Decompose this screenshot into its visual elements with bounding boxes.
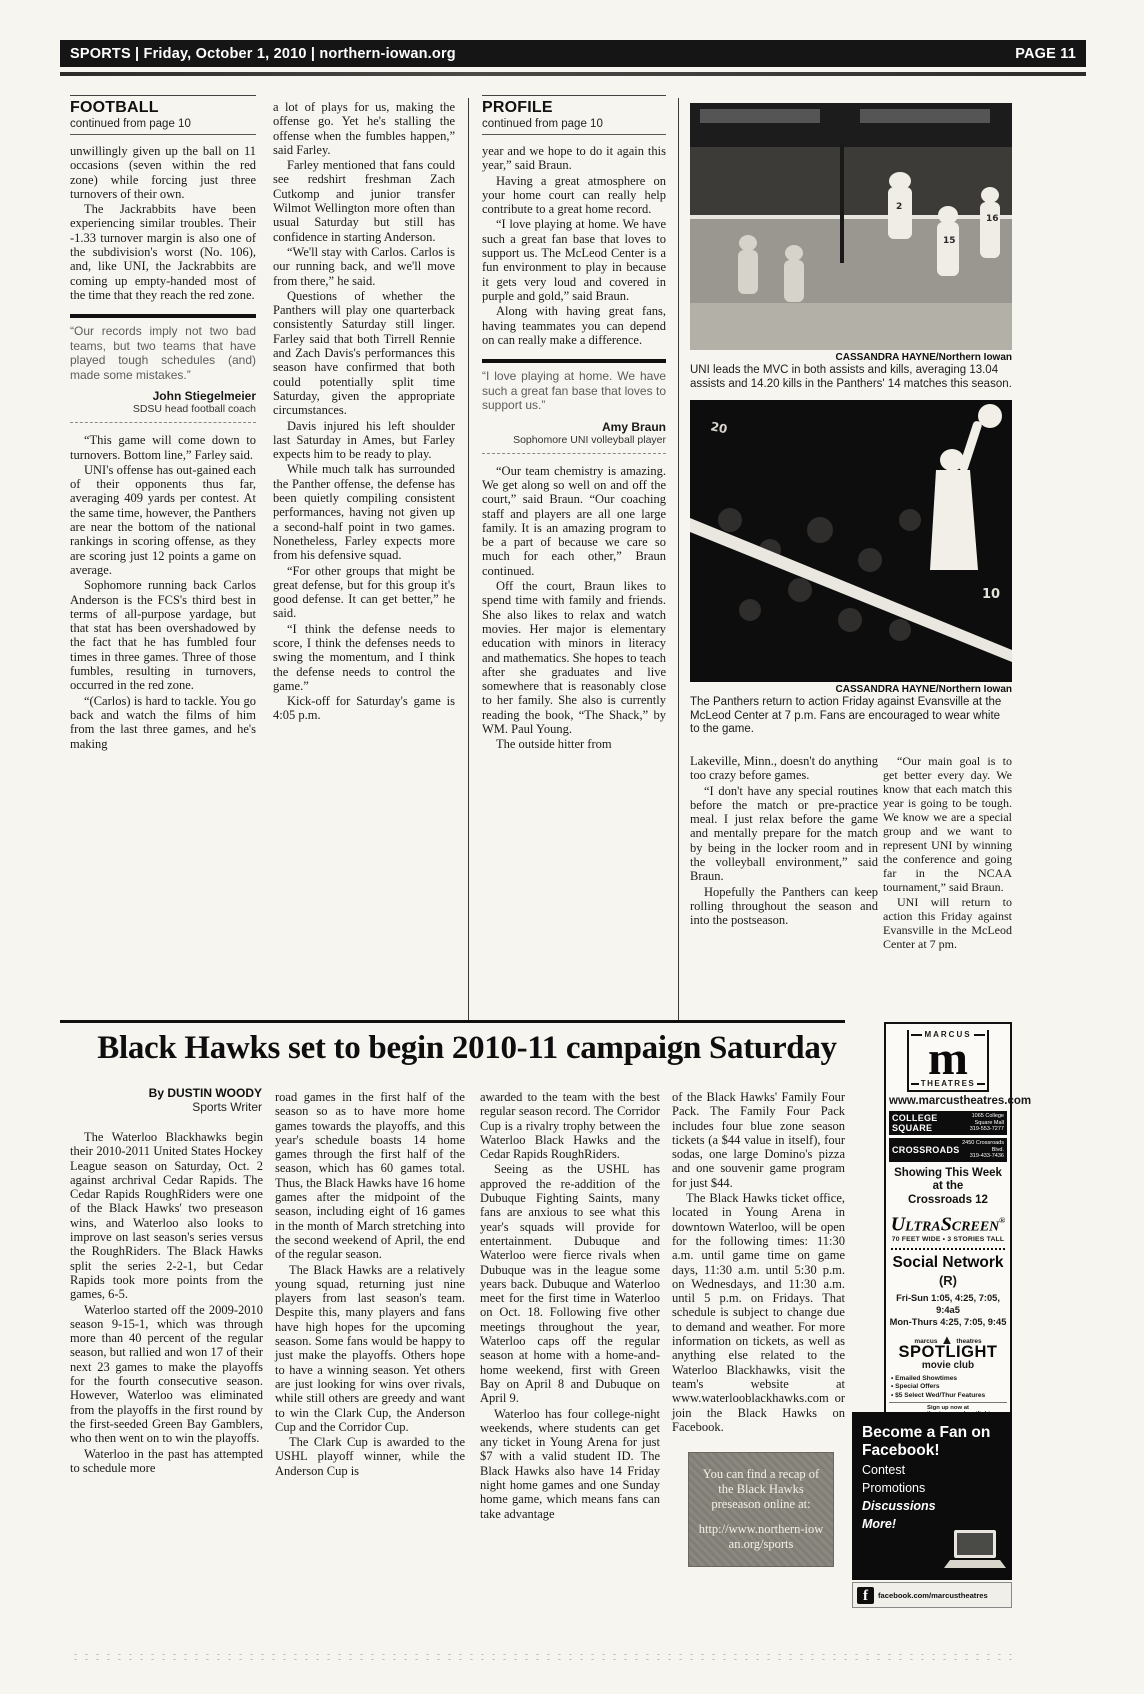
movie-rating: (R) xyxy=(889,1273,1007,1288)
article-paragraph: The Clark Cup is awarded to the USHL pla… xyxy=(275,1435,465,1478)
volleyball-match-photo: 21615 xyxy=(690,103,1012,350)
facebook-fan-panel: Become a Fan on Facebook! Contest Promot… xyxy=(852,1412,1012,1580)
dotted-rule xyxy=(891,1248,1005,1250)
profile-column-1: PROFILE continued from page 10 year and … xyxy=(482,95,666,753)
article-paragraph: awarded to the team with the best regula… xyxy=(480,1090,660,1161)
article-paragraph: unwillingly given up the ball on 11 occa… xyxy=(70,144,256,201)
recap-url: http://www.northern-iowan.org/sports xyxy=(697,1522,825,1552)
location-crossroads: CROSSROADS 2450 Crossroads Blvd. 319-433… xyxy=(889,1138,1007,1162)
profile-continued-line: continued from page 10 xyxy=(482,118,666,130)
article-paragraph: The Black Hawks ticket office, located i… xyxy=(672,1191,845,1434)
location-street: 2450 Crossroads Blvd. xyxy=(962,1140,1004,1153)
photo-credit: CASSANDRA HAYNE/Northern Iowan xyxy=(690,684,1012,695)
article-paragraph: “I don't have any special routines befor… xyxy=(690,784,878,884)
location-college-square: COLLEGE SQUARE 1065 College Square Mall … xyxy=(889,1111,1007,1135)
pull-quote-end-rule xyxy=(70,422,256,423)
article-paragraph: Lakeville, Minn., doesn't do anything to… xyxy=(690,754,878,783)
benefit-item: • Special Offers xyxy=(891,1383,1007,1392)
article-paragraph: Waterloo has four college-night weekends… xyxy=(480,1407,660,1521)
showing-line-2: Crossroads 12 xyxy=(908,1194,988,1206)
pull-quote-role: SDSU head football coach xyxy=(70,403,256,415)
byline-author: By DUSTIN WOODY xyxy=(70,1086,262,1100)
pull-quote-stiegelmeier: “Our records imply not two bad teams, bu… xyxy=(70,314,256,423)
marcus-theatres-ad: MARCUS m THEATRES www.marcustheatres.com… xyxy=(884,1022,1012,1423)
blackhawks-column-4: of the Black Hawks' Family Four Pack. Th… xyxy=(672,1090,845,1435)
article-paragraph: “I love playing at home. We have such a … xyxy=(482,217,666,303)
marcus-theatres-logo: MARCUS m THEATRES xyxy=(907,1030,989,1092)
pull-quote-end-rule xyxy=(482,453,666,454)
facebook-headline: Become a Fan on Facebook! xyxy=(862,1424,1002,1460)
masthead-title: SPORTS | Friday, October 1, 2010 | north… xyxy=(70,46,456,62)
header-rule xyxy=(482,134,666,135)
blackhawks-headline: Black Hawks set to begin 2010-11 campaig… xyxy=(92,1030,842,1067)
article-paragraph: Kick-off for Saturday's game is 4:05 p.m… xyxy=(273,694,455,723)
article-paragraph: “This game will come down to turnovers. … xyxy=(70,433,256,462)
preseason-recap-box: You can find a recap of the Black Hawks … xyxy=(688,1452,834,1567)
football-continued-line: continued from page 10 xyxy=(70,118,256,130)
svg-text:16: 16 xyxy=(986,214,999,224)
facebook-url: facebook.com/marcustheatres xyxy=(878,1591,988,1600)
facebook-item: Discussions xyxy=(862,1498,1002,1514)
pull-quote-bar xyxy=(70,314,256,318)
article-paragraph: a lot of plays for us, making the offens… xyxy=(273,100,455,157)
article-paragraph: of the Black Hawks' Family Four Pack. Th… xyxy=(672,1090,845,1190)
marcus-logo-bottom-label: THEATRES xyxy=(911,1079,985,1088)
spotlight-club-block: marcus ▲ theatres SPOTLIGHT movie club •… xyxy=(889,1335,1007,1418)
location-street: 1065 College Square Mall xyxy=(972,1113,1004,1126)
article-paragraph: Sophomore running back Carlos Anderson i… xyxy=(70,578,256,692)
marcus-m-icon: m xyxy=(911,1039,985,1079)
article-paragraph: “(Carlos) is hard to tackle. You go back… xyxy=(70,694,256,751)
spotlight-title: SPOTLIGHT xyxy=(889,1345,1007,1360)
article-paragraph: Along with having great fans, having tea… xyxy=(482,304,666,347)
photo-caption: UNI leads the MVC in both assists and ki… xyxy=(690,364,1012,391)
facebook-icon: f xyxy=(857,1587,874,1604)
article-paragraph: While much talk has surrounded the Panth… xyxy=(273,462,455,562)
benefit-item: • $5 Select Wed/Thur Features xyxy=(891,1392,1007,1401)
ultrascreen-label: UltraScreen xyxy=(891,1214,1000,1236)
football-section-header: FOOTBALL continued from page 10 xyxy=(70,95,256,135)
pull-quote-text: “I love playing at home. We have such a … xyxy=(482,369,666,413)
article-paragraph: Seeing as the USHL has approved the re-a… xyxy=(480,1162,660,1405)
facebook-item: Contest xyxy=(862,1462,1002,1478)
facebook-url-bar: f facebook.com/marcustheatres xyxy=(852,1582,1012,1608)
article-paragraph: UNI's offense has out-gained each of the… xyxy=(70,463,256,577)
scan-noise xyxy=(70,1652,1020,1662)
section-divider xyxy=(60,1020,845,1023)
page-number: PAGE 11 xyxy=(1015,46,1076,62)
laptop-image xyxy=(944,1528,1006,1572)
pull-quote-braun: “I love playing at home. We have such a … xyxy=(482,359,666,454)
pull-quote-text: “Our records imply not two bad teams, bu… xyxy=(70,324,256,382)
pull-quote-attribution: John Stiegelmeier xyxy=(70,389,256,403)
pull-quote-role: Sophomore UNI volleyball player xyxy=(482,434,666,446)
spotlight-benefits-list: • Emailed Showtimes • Special Offers • $… xyxy=(891,1375,1007,1401)
photo-caption: The Panthers return to action Friday aga… xyxy=(690,696,1012,737)
recap-text: You can find a recap of the Black Hawks … xyxy=(697,1467,825,1512)
article-paragraph: The Black Hawks are a relatively young s… xyxy=(275,1263,465,1435)
profile-section-header: PROFILE continued from page 10 xyxy=(482,95,666,135)
location-address: 1065 College Square Mall 319-553-7277 xyxy=(957,1113,1004,1133)
profile-column-2: Lakeville, Minn., doesn't do anything to… xyxy=(690,754,878,929)
article-paragraph: Waterloo started off the 2009-2010 seaso… xyxy=(70,1303,263,1446)
location-name: COLLEGE SQUARE xyxy=(892,1113,957,1133)
masthead-rule xyxy=(60,72,1086,76)
article-paragraph: “Our main goal is to get better every da… xyxy=(883,754,1012,894)
article-paragraph: Waterloo in the past has attempted to sc… xyxy=(70,1447,263,1476)
article-paragraph: Questions of whether the Panthers will p… xyxy=(273,289,455,418)
football-column-2: a lot of plays for us, making the offens… xyxy=(273,100,455,724)
marcus-website: www.marcustheatres.com xyxy=(889,1095,1007,1107)
facebook-headline-line1: Become a Fan on xyxy=(862,1424,990,1441)
showing-this-week: Showing This Week at the Crossroads 12 xyxy=(889,1167,1007,1208)
location-phone: 319-433-7436 xyxy=(970,1153,1004,1159)
article-paragraph: Farley mentioned that fans could see red… xyxy=(273,158,455,244)
article-paragraph: “For other groups that might be great de… xyxy=(273,564,455,621)
newspaper-page: SPORTS | Friday, October 1, 2010 | north… xyxy=(0,0,1144,1694)
location-name: CROSSROADS xyxy=(892,1145,960,1155)
facebook-headline-line2: Facebook! xyxy=(862,1442,940,1459)
showtimes-fri-sun: Fri-Sun 1:05, 4:25, 7:05, 9:4a5 xyxy=(889,1292,1007,1316)
profile-column-3: “Our main goal is to get better every da… xyxy=(883,754,1012,952)
location-phone: 319-553-7277 xyxy=(970,1126,1004,1132)
registered-mark: ® xyxy=(999,1216,1005,1225)
article-paragraph: The outside hitter from xyxy=(482,737,666,751)
column-rule xyxy=(468,98,469,1020)
article-paragraph: Davis injured his left shoulder last Sat… xyxy=(273,419,455,462)
spotlight-subtitle: movie club xyxy=(889,1360,1007,1371)
photo-credit: CASSANDRA HAYNE/Northern Iowan xyxy=(690,352,1012,363)
article-paragraph: Off the court, Braun likes to spend time… xyxy=(482,579,666,736)
showing-line-1: Showing This Week at the xyxy=(894,1167,1002,1193)
ultrascreen-subtitle: 70 FEET WIDE • 3 STORIES TALL xyxy=(889,1236,1007,1243)
showtimes-mon-thurs: Mon-Thurs 4:25, 7:05, 9:45 xyxy=(889,1316,1007,1328)
article-paragraph: Hopefully the Panthers can keep rolling … xyxy=(690,885,878,928)
article-paragraph: UNI will return to action this Friday ag… xyxy=(883,895,1012,951)
photo-block: 21615 CASSANDRA HAYNE/Northern Iowan UNI… xyxy=(690,103,1012,737)
volleyball-celebration-photo: 20 10 xyxy=(690,400,1012,682)
benefit-item: • Emailed Showtimes xyxy=(891,1375,1007,1384)
ultrascreen-logo: UltraScreen® xyxy=(889,1210,1007,1236)
column-rule xyxy=(678,98,679,1020)
article-paragraph: “We'll stay with Carlos. Carlos is our r… xyxy=(273,245,455,288)
location-address: 2450 Crossroads Blvd. 319-433-7436 xyxy=(960,1140,1004,1160)
byline-block: By DUSTIN WOODY Sports Writer xyxy=(70,1086,262,1114)
football-kicker: FOOTBALL xyxy=(70,99,256,117)
blackhawks-column-1: The Waterloo Blackhawks begin their 2010… xyxy=(70,1130,263,1476)
pull-quote-attribution: Amy Braun xyxy=(482,420,666,434)
article-paragraph: The Waterloo Blackhawks begin their 2010… xyxy=(70,1130,263,1302)
blackhawks-column-3: awarded to the team with the best regula… xyxy=(480,1090,660,1522)
article-paragraph: Having a great atmosphere on your home c… xyxy=(482,174,666,217)
article-paragraph: road games in the first half of the seas… xyxy=(275,1090,465,1262)
article-paragraph: “I think the defense needs to score, I t… xyxy=(273,622,455,693)
profile-kicker: PROFILE xyxy=(482,99,666,117)
article-paragraph: “Our team chemistry is amazing. We get a… xyxy=(482,464,666,578)
header-rule xyxy=(70,134,256,135)
facebook-item: Promotions xyxy=(862,1480,1002,1496)
svg-text:10: 10 xyxy=(982,587,1000,602)
pull-quote-bar xyxy=(482,359,666,363)
blackhawks-column-2: road games in the first half of the seas… xyxy=(275,1090,465,1479)
football-column-1: FOOTBALL continued from page 10 unwillin… xyxy=(70,95,256,752)
byline-role: Sports Writer xyxy=(70,1100,262,1114)
movie-title: Social Network xyxy=(889,1254,1007,1272)
svg-text:2: 2 xyxy=(896,202,902,212)
svg-text:15: 15 xyxy=(943,236,956,246)
article-paragraph: The Jackrabbits have been experiencing s… xyxy=(70,202,256,302)
article-paragraph: year and we hope to do it again this yea… xyxy=(482,144,666,173)
masthead-bar: SPORTS | Friday, October 1, 2010 | north… xyxy=(60,40,1086,67)
